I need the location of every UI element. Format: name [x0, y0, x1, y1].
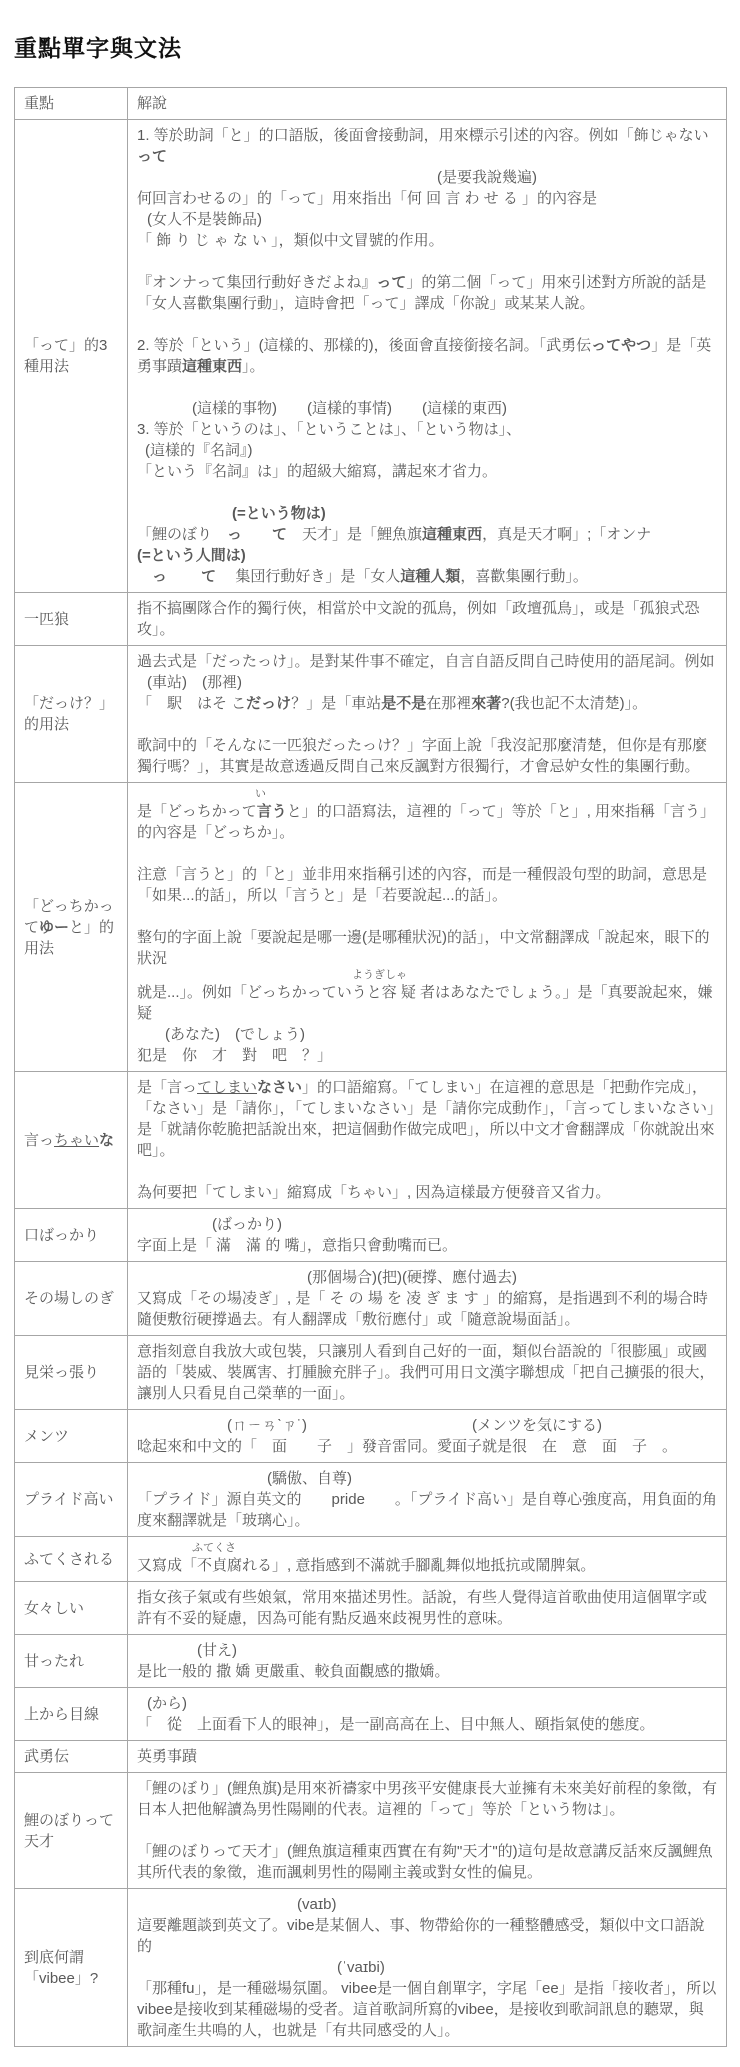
text-line: 又寫成「その場凌ぎ」, 是「 そ の 場 を 凌 ぎ ま す 」的縮寫，是指遇到… — [137, 1288, 717, 1330]
table-row: 「って」的3種用法1. 等於助詞「と」的口語版，後面會接動詞，用來標示引述的內容… — [15, 120, 727, 593]
gloss-line: (ばっかり) — [137, 1214, 717, 1235]
explanation-cell: 指不搞團隊合作的獨行俠，相當於中文說的孤鳥，例如「政壇孤鳥」，或是「孤狼式恐攻」… — [128, 593, 727, 646]
bold-text: 這種人類 — [400, 568, 460, 585]
text-segment: 是「言っ — [137, 1079, 197, 1096]
column-header-term: 重點 — [15, 88, 128, 120]
bold-text: 是不是 — [381, 695, 426, 712]
text-line: 1. 等於助詞「と」的口語版，後面會接動詞，用來標示引述的內容。例如「飾じゃない… — [137, 125, 717, 167]
table-row: 甘ったれ(甘え)是比一般的 撒 嬌 更嚴重、較負面觀感的撒嬌。 — [15, 1635, 727, 1688]
text-line: 過去式是「だったっけ」。是對某件事不確定，自言自語反問自己時使用的語尾詞。例如 — [137, 651, 717, 672]
gloss-line: (是要我說幾遍) — [137, 167, 717, 188]
text-line: 字面上是「 滿 滿 的 嘴」，意指只會動嘴而已。 — [137, 1235, 717, 1256]
text-line: 是比一般的 撒 嬌 更嚴重、較負面觀感的撒嬌。 — [137, 1661, 717, 1682]
text-line: 指女孩子氣或有些娘氣，常用來描述男性。話說，有些人覺得這首歌曲使用這個單字或許有… — [137, 1587, 717, 1629]
text-segment: 言っ — [24, 1132, 54, 1149]
bold-text: って — [137, 148, 167, 165]
gloss-line: (車站) (那裡) — [137, 672, 717, 693]
text-line: 「プライド」源自英文的 pride 。「プライド高い」是自尊心強度高，用負面的角… — [137, 1489, 717, 1531]
table-row: 武勇伝英勇事蹟 — [15, 1741, 727, 1773]
spacer-line — [137, 482, 717, 503]
text-line: 指不搞團隊合作的獨行俠，相當於中文說的孤鳥，例如「政壇孤鳥」，或是「孤狼式恐攻」… — [137, 598, 717, 640]
bold-text: ってやつ — [591, 337, 651, 354]
text-line: 注意「言うと」的「と」並非用來指稱引述的內容，而是一種假設句型的助詞，意思是「如… — [137, 864, 717, 906]
text-segment: 集団行動好き」是「女人 — [231, 568, 400, 585]
term-cell: 上から目線 — [15, 1688, 128, 1741]
text-line: 「 從 上面看下人的眼神」，是一副高高在上、目中無人、頤指氣使的態度。 — [137, 1714, 717, 1735]
gloss-line: (から) — [137, 1693, 717, 1714]
gloss-line: (這樣的『名詞』) — [137, 440, 717, 461]
term-cell: 「だっけ？」的用法 — [15, 646, 128, 783]
gloss-line: (ˈvaɪbi) — [137, 1957, 717, 1978]
bold-text: なさい — [257, 1079, 302, 1096]
table-header-row: 重點 解說 — [15, 88, 727, 120]
term-cell: メンツ — [15, 1410, 128, 1463]
explanation-cell: 意指刻意自我放大或包裝，只讓別人看到自己好的一面，類似台語說的「很膨風」或國語的… — [128, 1336, 727, 1410]
explanation-cell: (vaɪb)這要離題談到英文了。vibe是某個人、事、物帶給你的一種整體感受，類… — [128, 1889, 727, 2047]
bold-text: 來著 — [471, 695, 501, 712]
explanation-cell: (ㄇㄧㄢˋㄗ˙) (メンツを気にする)唸起來和中文的「 面 子 」發音雷同。愛面… — [128, 1410, 727, 1463]
text-line: 唸起來和中文的「 面 子 」發音雷同。愛面子就是很 在 意 面 子 。 — [137, 1436, 717, 1457]
gloss-line: (あなた) (でしょう) — [137, 1024, 717, 1045]
gloss-line: (甘え) — [137, 1640, 717, 1661]
text-segment: ，真是天才啊」;「オンナ — [482, 526, 651, 543]
text-line: 「鯉のぼり っ て 天才」是「鯉魚旗這種東西，真是天才啊」;「オンナ — [137, 524, 717, 545]
table-row: 口ばっかり(ばっかり)字面上是「 滿 滿 的 嘴」，意指只會動嘴而已。 — [15, 1209, 727, 1262]
table-row: 見栄っ張り意指刻意自我放大或包裝，只讓別人看到自己好的一面，類似台語說的「很膨風… — [15, 1336, 727, 1410]
term-cell: 甘ったれ — [15, 1635, 128, 1688]
spacer-line — [137, 906, 717, 927]
spacer-line — [137, 714, 717, 735]
text-line: 2. 等於「という」(這樣的、那樣的)，後面會直接銜接名詞。「武勇伝ってやつ」是… — [137, 335, 717, 377]
explanation-cell: 過去式是「だったっけ」。是對某件事不確定，自言自語反問自己時使用的語尾詞。例如(… — [128, 646, 727, 783]
term-cell: 言っちゃいな — [15, 1072, 128, 1209]
bold-text: 這種東西 — [422, 526, 482, 543]
column-header-explanation: 解說 — [128, 88, 727, 120]
term-cell: 鯉のぼりって天才 — [15, 1773, 128, 1889]
explanation-cell: (ばっかり)字面上是「 滿 滿 的 嘴」，意指只會動嘴而已。 — [128, 1209, 727, 1262]
term-cell: その場しのぎ — [15, 1262, 128, 1336]
text-line: 歌詞中的「そんなに一匹狼だったっけ？」字面上說「我沒記那麼清楚，但你是有那麼獨行… — [137, 735, 717, 777]
explanation-cell: ふてくさ又寫成「不貞腐れる」, 意指感到不滿就手腳亂舞似地抵抗或鬧脾氣。 — [128, 1537, 727, 1582]
table-row: 「だっけ？」的用法過去式是「だったっけ」。是對某件事不確定，自言自語反問自己時使… — [15, 646, 727, 783]
text-line: 「 飾 り じ ゃ な い 」，類似中文冒號的作用。 — [137, 230, 717, 251]
furigana-line: ふてくさ — [137, 1542, 717, 1555]
explanation-cell: 「鯉のぼり」(鯉魚旗)是用來祈禱家中男孩平安健康長大並擁有未來美好前程的象徵，有… — [128, 1773, 727, 1889]
bold-text: 這種東西 — [182, 358, 242, 375]
explanation-cell: 1. 等於助詞「と」的口語版，後面會接動詞，用來標示引述的內容。例如「飾じゃない… — [128, 120, 727, 593]
furigana-line: ようぎしゃ — [137, 969, 717, 982]
term-cell: 女々しい — [15, 1582, 128, 1635]
text-line: 何回言わせるの」的「って」用來指出「何 回 言 わ せ る 」的內容是 — [137, 188, 717, 209]
table-row: 言っちゃいな是「言ってしまいなさい」的口語縮寫。「てしまい」在這裡的意思是「把動… — [15, 1072, 727, 1209]
gloss-line: (這樣的事物) (這樣的事情) (這樣的東西) — [137, 398, 717, 419]
explanation-cell: 指女孩子氣或有些娘氣，常用來描述男性。話說，有些人覺得這首歌曲使用這個單字或許有… — [128, 1582, 727, 1635]
term-cell: 武勇伝 — [15, 1741, 128, 1773]
text-line: 意指刻意自我放大或包裝，只讓別人看到自己好的一面，類似台語說的「很膨風」或國語的… — [137, 1341, 717, 1404]
text-line: 3. 等於「というのは」、「ということは」、「という物は」、 — [137, 419, 717, 440]
text-line: 就是...」。例如「どっちかっていうと容 疑 者はあなたでしょう。」是「真要說起… — [137, 982, 717, 1024]
text-segment: 1. 等於助詞「と」的口語版，後面會接動詞，用來標示引述的內容。例如「飾じゃない — [137, 127, 709, 144]
text-segment: 『オンナって集団行動好きだよね』 — [137, 274, 376, 291]
furigana-line: い — [137, 788, 717, 801]
text-segment: 「 駅 はそ こ — [137, 695, 246, 712]
explanation-cell: い是「どっちかって言うと」的口語寫法，這裡的「って」等於「と」, 用來指稱「言う… — [128, 783, 727, 1072]
spacer-line — [137, 1820, 717, 1841]
bold-text: ゆー — [39, 919, 69, 936]
term-cell: プライド高い — [15, 1463, 128, 1537]
table-row: 女々しい指女孩子氣或有些娘氣，常用來描述男性。話說，有些人覺得這首歌曲使用這個單… — [15, 1582, 727, 1635]
explanation-cell: (から)「 從 上面看下人的眼神」，是一副高高在上、目中無人、頤指氣使的態度。 — [128, 1688, 727, 1741]
explanation-cell: (那個場合)(把)(硬撐、應付過去)又寫成「その場凌ぎ」, 是「 そ の 場 を… — [128, 1262, 727, 1336]
text-line: 這要離題談到英文了。vibe是某個人、事、物帶給你的一種整體感受，類似中文口語說… — [137, 1915, 717, 1957]
term-cell: ふてくされる — [15, 1537, 128, 1582]
text-line: 是「言ってしまいなさい」的口語縮寫。「てしまい」在這裡的意思是「把動作完成」，「… — [137, 1077, 717, 1161]
bold-text: な — [99, 1132, 114, 1149]
gloss-line: (vaɪb) — [137, 1894, 717, 1915]
table-row: ふてくされるふてくさ又寫成「不貞腐れる」, 意指感到不滿就手腳亂舞似地抵抗或鬧脾… — [15, 1537, 727, 1582]
spacer-line — [137, 251, 717, 272]
page-title: 重點單字與文法 — [14, 30, 727, 63]
text-segment: ，喜歡集團行動」。 — [460, 568, 588, 585]
gloss-line: (ㄇㄧㄢˋㄗ˙) (メンツを気にする) — [137, 1415, 717, 1436]
table-row: 上から目線(から)「 從 上面看下人的眼神」，是一副高高在上、目中無人、頤指氣使… — [15, 1688, 727, 1741]
text-line: 又寫成「不貞腐れる」, 意指感到不滿就手腳亂舞似地抵抗或鬧脾氣。 — [137, 1555, 717, 1576]
vocab-grammar-table: 重點 解說 「って」的3種用法1. 等於助詞「と」的口語版，後面會接動詞，用來標… — [14, 87, 727, 2047]
table-row: その場しのぎ(那個場合)(把)(硬撐、應付過去)又寫成「その場凌ぎ」, 是「 そ… — [15, 1262, 727, 1336]
bold-text: っ て — [212, 526, 302, 543]
text-line: 整句的字面上說「要說起是哪一邊(是哪種狀況)的話」，中文常翻譯成「說起來，眼下的… — [137, 927, 717, 969]
text-segment: 在那裡 — [426, 695, 471, 712]
text-segment: 是「どっちかって — [137, 803, 257, 820]
term-cell: 「って」的3種用法 — [15, 120, 128, 593]
text-line: 是「どっちかって言うと」的口語寫法，這裡的「って」等於「と」, 用來指稱「言う」… — [137, 801, 717, 843]
text-line: 犯是 你 才 對 吧 ？」 — [137, 1045, 717, 1066]
text-segment: 天才」是「鯉魚旗 — [302, 526, 422, 543]
underlined-text: ちゃい — [54, 1132, 99, 1149]
term-cell: 一匹狼 — [15, 593, 128, 646]
explanation-cell: 英勇事蹟 — [128, 1741, 727, 1773]
term-cell: 見栄っ張り — [15, 1336, 128, 1410]
text-line: 為何要把「てしまい」縮寫成「ちゃい」, 因為這樣最方便發音又省力。 — [137, 1182, 717, 1203]
spacer-line — [137, 314, 717, 335]
table-row: メンツ(ㄇㄧㄢˋㄗ˙) (メンツを気にする)唸起來和中文的「 面 子 」發音雷同… — [15, 1410, 727, 1463]
term-cell: 「どっちかってゆーと」的用法 — [15, 783, 128, 1072]
text-segment: ?(我也記不太清楚)」。 — [501, 695, 647, 712]
text-segment: 」。 — [242, 358, 265, 375]
text-line: 英勇事蹟 — [137, 1746, 717, 1767]
gloss-line: (女人不是裝飾品) — [137, 209, 717, 230]
term-cell: 口ばっかり — [15, 1209, 128, 1262]
table-row: 一匹狼指不搞團隊合作的獨行俠，相當於中文說的孤鳥，例如「政壇孤鳥」，或是「孤狼式… — [15, 593, 727, 646]
table-row: 「どっちかってゆーと」的用法い是「どっちかって言うと」的口語寫法，這裡的「って」… — [15, 783, 727, 1072]
gloss-line: (=という人間は) — [137, 545, 717, 566]
text-segment: 2. 等於「という」(這樣的、那樣的)，後面會直接銜接名詞。「武勇伝 — [137, 337, 591, 354]
spacer-line — [137, 377, 717, 398]
bold-text: っ て — [137, 568, 231, 585]
table-row: プライド高い(驕傲、自尊)「プライド」源自英文的 pride 。「プライド高い」… — [15, 1463, 727, 1537]
bold-text: だっけ — [246, 695, 291, 712]
text-segment: 「鯉のぼり — [137, 526, 212, 543]
text-line: 「鯉のぼりって天才」(鯉魚旗這種東西實在有夠"天才"的)這句是故意講反話來反諷鯉… — [137, 1841, 717, 1883]
bold-text: って — [376, 274, 406, 291]
text-line: 『オンナって集団行動好きだよね』って」的第二個「って」用來引述對方所說的話是「女… — [137, 272, 717, 314]
gloss-line: (=という物は) — [137, 503, 717, 524]
text-line: 「鯉のぼり」(鯉魚旗)是用來祈禱家中男孩平安健康長大並擁有未來美好前程的象徵，有… — [137, 1778, 717, 1820]
explanation-cell: (甘え)是比一般的 撒 嬌 更嚴重、較負面觀感的撒嬌。 — [128, 1635, 727, 1688]
text-line: 「那種fu」，是一種磁場氛圍。 vibee是一個自創單字，字尾「ee」是指「接收… — [137, 1978, 717, 2041]
spacer-line — [137, 843, 717, 864]
spacer-line — [137, 1161, 717, 1182]
text-segment: ？」是「車站 — [291, 695, 381, 712]
explanation-cell: 是「言ってしまいなさい」的口語縮寫。「てしまい」在這裡的意思是「把動作完成」，「… — [128, 1072, 727, 1209]
gloss-line: (那個場合)(把)(硬撐、應付過去) — [137, 1267, 717, 1288]
table-body: 「って」的3種用法1. 等於助詞「と」的口語版，後面會接動詞，用來標示引述的內容… — [15, 120, 727, 2047]
text-line: 「という『名詞』は」的超級大縮寫，講起來才省力。 — [137, 461, 717, 482]
term-cell: 到底何謂「vibee」? — [15, 1889, 128, 2047]
table-row: 到底何謂「vibee」?(vaɪb)這要離題談到英文了。vibe是某個人、事、物… — [15, 1889, 727, 2047]
text-line: っ て 集団行動好き」是「女人這種人類，喜歡集團行動」。 — [137, 566, 717, 587]
explanation-cell: (驕傲、自尊)「プライド」源自英文的 pride 。「プライド高い」是自尊心強度… — [128, 1463, 727, 1537]
bold-text: 言う — [257, 803, 287, 820]
document-page: 重點單字與文法 重點 解說 「って」的3種用法1. 等於助詞「と」的口語版，後面… — [0, 0, 740, 2067]
gloss-line: (驕傲、自尊) — [137, 1468, 717, 1489]
text-line: 「 駅 はそ こだっけ？」是「車站是不是在那裡來著?(我也記不太清楚)」。 — [137, 693, 717, 714]
table-row: 鯉のぼりって天才「鯉のぼり」(鯉魚旗)是用來祈禱家中男孩平安健康長大並擁有未來美… — [15, 1773, 727, 1889]
underlined-text: てしまい — [197, 1079, 257, 1096]
